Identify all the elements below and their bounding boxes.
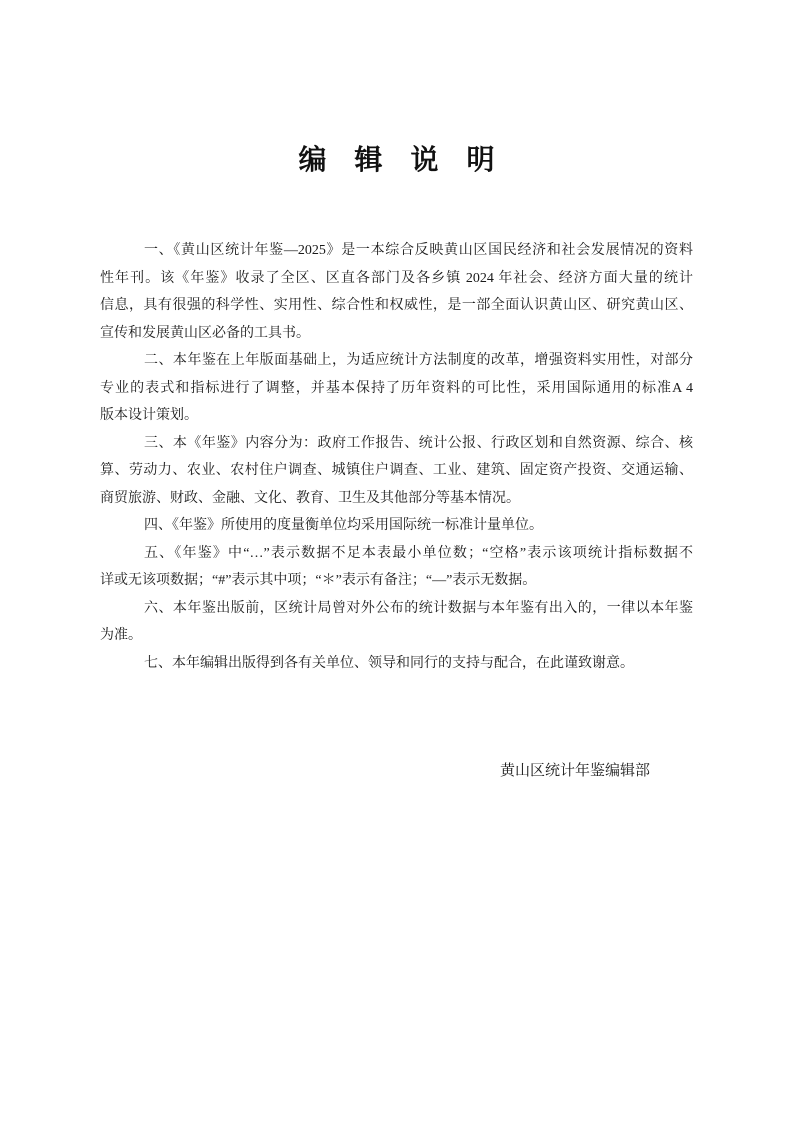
signature: 黄山区统计年鉴编辑部	[500, 760, 650, 782]
page-title: 编 辑 说 明	[0, 138, 793, 178]
paragraph-1-line-3: 信息，具有很强的科学性、实用性、综合性和权威性，是一部全面认识黄山区、研究黄山区…	[100, 292, 693, 320]
paragraph-7-line-1: 七、本年编辑出版得到各有关单位、领导和同行的支持与配合，在此谨致谢意。	[100, 650, 693, 678]
paragraph-2-line-3: 版本设计策划。	[100, 402, 693, 430]
paragraph-2-line-1: 二、本年鉴在上年版面基础上，为适应统计方法制度的改革，增强资料实用性，对部分	[100, 347, 693, 375]
body-text: 一、《黄山区统计年鉴—2025》是一本综合反映黄山区国民经济和社会发展情况的资料…	[100, 237, 693, 677]
paragraph-6-line-1: 六、本年鉴出版前，区统计局曾对外公布的统计数据与本年鉴有出入的，一律以本年鉴	[100, 595, 693, 623]
paragraph-5-line-2: 详或无该项数据；“#”表示其中项；“＊”表示有备注；“—”表示无数据。	[100, 567, 693, 595]
paragraph-1-line-2: 性年刊。该《年鉴》收录了全区、区直各部门及各乡镇 2024 年社会、经济方面大量…	[100, 265, 693, 293]
paragraph-1-line-1: 一、《黄山区统计年鉴—2025》是一本综合反映黄山区国民经济和社会发展情况的资料	[100, 237, 693, 265]
paragraph-2-line-2: 专业的表式和指标进行了调整，并基本保持了历年资料的可比性，采用国际通用的标准A …	[100, 375, 693, 403]
paragraph-3-line-1: 三、本《年鉴》内容分为：政府工作报告、统计公报、行政区划和自然资源、综合、核	[100, 430, 693, 458]
document-page: 编 辑 说 明 一、《黄山区统计年鉴—2025》是一本综合反映黄山区国民经济和社…	[0, 0, 793, 1122]
paragraph-4-line-1: 四、《年鉴》所使用的度量衡单位均采用国际统一标准计量单位。	[100, 512, 693, 540]
paragraph-5-line-1: 五、《年鉴》中“…”表示数据不足本表最小单位数；“空格”表示该项统计指标数据不	[100, 540, 693, 568]
paragraph-3-line-2: 算、劳动力、农业、农村住户调查、城镇住户调查、工业、建筑、固定资产投资、交通运输…	[100, 457, 693, 485]
paragraph-6-line-2: 为准。	[100, 622, 693, 650]
paragraph-1-line-4: 宣传和发展黄山区必备的工具书。	[100, 320, 693, 348]
paragraph-3-line-3: 商贸旅游、财政、金融、文化、教育、卫生及其他部分等基本情况。	[100, 485, 693, 513]
